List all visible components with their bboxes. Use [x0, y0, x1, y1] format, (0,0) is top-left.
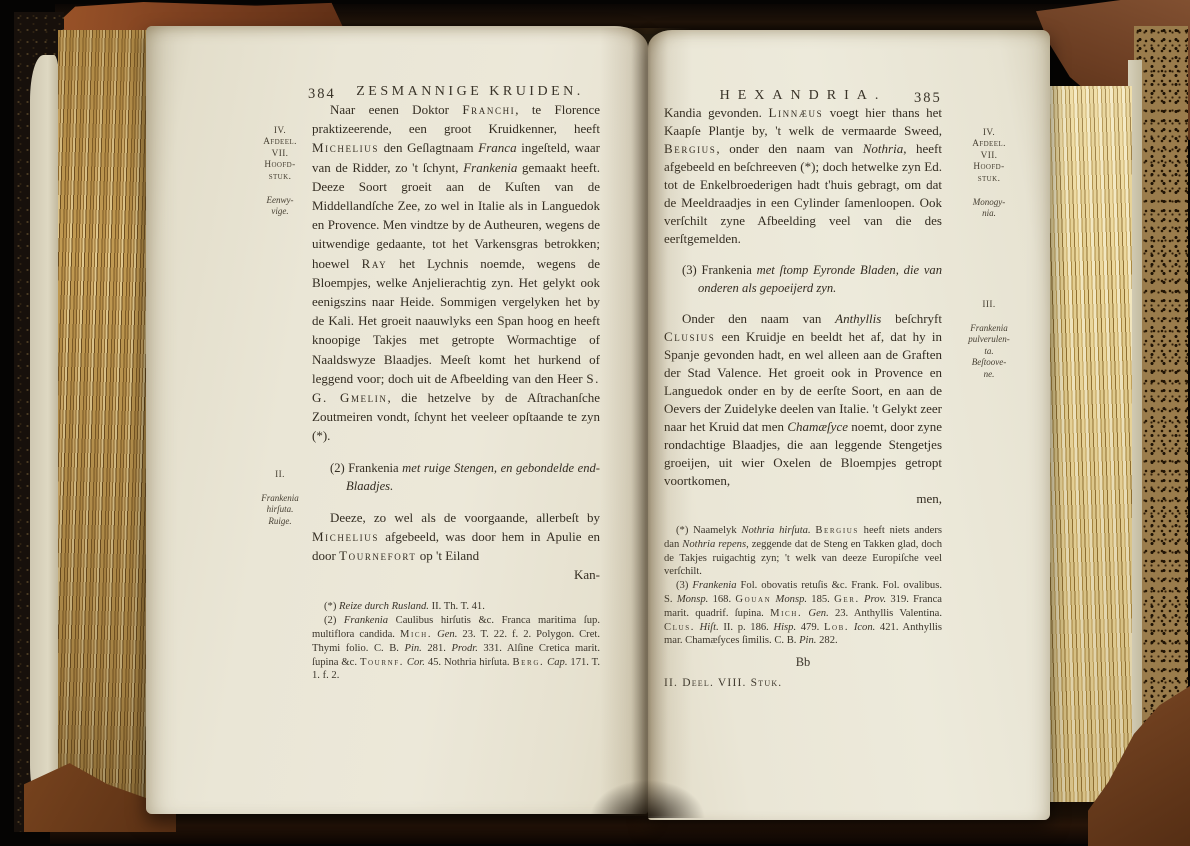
- species-heading-2: (2) Frankenia met ruige Stengen, en gebo…: [312, 459, 600, 495]
- catchword-left: Kan-: [312, 565, 600, 584]
- margin-note-species-left-caps: II.: [248, 470, 312, 482]
- right-text-column: Kandia gevonden. Linnæus voegt hier than…: [664, 104, 942, 692]
- footnote: (*) Reize durch Rusland. II. Th. T. 41.: [312, 600, 600, 614]
- footnotes-right: (*) Naamelyk Nothria hirſuta. Bergius he…: [664, 524, 942, 648]
- footnote: (2) Frankenia Caulibus hirſutis &c. Fran…: [312, 614, 600, 683]
- paragraph: Naar eenen Doktor Franchi, te Florence p…: [312, 100, 600, 446]
- margin-note-chapter-left-italic: Eenwy- vige.: [248, 195, 312, 218]
- paragraph: Deeze, zo wel als de voorgaande, allerbe…: [312, 508, 600, 566]
- margin-note-species-right-caps: III.: [954, 300, 1024, 312]
- footnote: (*) Naamelyk Nothria hirſuta. Bergius he…: [664, 524, 942, 579]
- margin-note-species-right-italic: Frankenia pulverulen- ta. Beſtoove- ne.: [954, 323, 1024, 381]
- left-running-title: ZESMANNIGE KRUIDEN.: [326, 84, 614, 100]
- margin-note-species-right: III. Frankenia pulverulen- ta. Beſtoove-…: [954, 288, 1024, 392]
- margin-note-species-left: II. Frankenia hirſuta. Ruige.: [248, 458, 312, 539]
- paragraph: Onder den naam van Anthyllis beſchryft C…: [664, 310, 942, 490]
- left-page-block-edge: [58, 30, 152, 820]
- footnotes-left: (*) Reize durch Rusland. II. Th. T. 41. …: [312, 600, 600, 683]
- margin-note-chapter-right: IV. Afdeel. VII. Hoofd- stuk. Monogy- ni…: [954, 116, 1024, 231]
- right-page-block-edge: [1048, 86, 1132, 842]
- left-text-column: Naar eenen Doktor Franchi, te Florence p…: [312, 100, 600, 683]
- book-page-left: 384 ZESMANNIGE KRUIDEN. IV. Afdeel. VII.…: [146, 26, 648, 814]
- catchword-right: men,: [664, 490, 942, 508]
- left-endpaper-edge: [30, 55, 60, 810]
- footnote: (3) Frankenia Fol. obovatis retuſis &c. …: [664, 579, 942, 648]
- species-heading-3: (3) Frankenia met ſtomp Eyronde Bladen, …: [664, 261, 942, 297]
- right-running-title: HEXANDRIA.: [664, 88, 942, 104]
- book-page-right: HEXANDRIA. 385 IV. Afdeel. VII. Hoofd- s…: [648, 30, 1050, 820]
- margin-note-chapter-right-italic: Monogy- nia.: [954, 197, 1024, 220]
- margin-note-chapter-right-caps: IV. Afdeel. VII. Hoofd- stuk.: [954, 128, 1024, 186]
- margin-note-chapter-left-caps: IV. Afdeel. VII. Hoofd- stuk.: [248, 126, 312, 184]
- paragraph: Kandia gevonden. Linnæus voegt hier than…: [664, 104, 942, 248]
- margin-note-chapter-left: IV. Afdeel. VII. Hoofd- stuk. Eenwy- vig…: [248, 114, 312, 229]
- margin-note-species-left-italic: Frankenia hirſuta. Ruige.: [248, 493, 312, 528]
- gathering-signature: Bb: [664, 653, 942, 671]
- volume-footer: II. Deel. VIII. Stuk.: [664, 674, 942, 692]
